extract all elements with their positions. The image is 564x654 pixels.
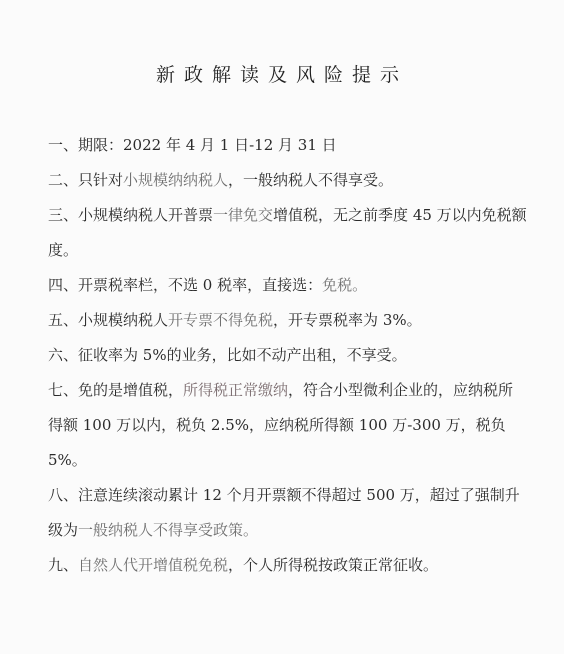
list-item: 一、期限：2022 年 4 月 1 日-12 月 31 日: [48, 128, 528, 163]
item-text-faded: 免税。: [322, 276, 367, 294]
list-item: 八、注意连续滚动累计 12 个月开票额不得超过 500 万，超过了强制升级为一般…: [48, 478, 528, 548]
item-number: 九、: [48, 556, 78, 574]
document-page: 新政解读及风险提示 一、期限：2022 年 4 月 1 日-12 月 31 日 …: [0, 0, 564, 654]
list-item: 九、自然人代开增值税免税，个人所得税按政策正常征收。: [48, 548, 528, 583]
item-number: 六、: [48, 346, 78, 364]
list-item: 二、只针对小规模纳纳税人，一般纳税人不得享受。: [48, 163, 528, 198]
document-title: 新政解读及风险提示: [0, 60, 564, 87]
item-text-faded: 一律免交: [213, 206, 273, 224]
item-text: 征收率为 5%的业务，比如不动产出租，不享受。: [78, 346, 407, 364]
item-number: 五、: [48, 311, 78, 329]
item-text: 期限：2022 年 4 月 1 日-12 月 31 日: [78, 136, 337, 154]
item-text: 只针对: [78, 171, 123, 189]
item-text: 小规模纳税人: [78, 311, 168, 329]
policy-item-list: 一、期限：2022 年 4 月 1 日-12 月 31 日 二、只针对小规模纳纳…: [48, 128, 528, 583]
item-text: 免的是增值税，: [78, 381, 183, 399]
item-text-faded: 小规模纳纳税人: [123, 171, 228, 189]
item-text: 小规模纳税人开普票: [78, 206, 213, 224]
item-text-faded: 自然人代开增值税免税: [78, 556, 228, 574]
item-number: 八、: [48, 486, 78, 504]
list-item: 四、开票税率栏，不选 0 税率，直接选：免税。: [48, 268, 528, 303]
item-number: 四、: [48, 276, 78, 294]
item-text: ，个人所得税按政策正常征收。: [228, 556, 438, 574]
item-number: 二、: [48, 171, 78, 189]
item-text-faded: 一般纳税人不得享受政策。: [78, 521, 258, 539]
list-item: 三、小规模纳税人开普票一律免交增值税，无之前季度 45 万以内免税额度。: [48, 198, 528, 268]
item-text: ，一般纳税人不得享受。: [228, 171, 393, 189]
list-item: 六、征收率为 5%的业务，比如不动产出租，不享受。: [48, 338, 528, 373]
item-number: 一、: [48, 136, 78, 154]
item-text: 开票税率栏，不选 0 税率，直接选：: [78, 276, 322, 294]
item-number: 七、: [48, 381, 78, 399]
item-text: ，开专票税率为 3%。: [273, 311, 422, 329]
list-item: 五、小规模纳税人开专票不得免税，开专票税率为 3%。: [48, 303, 528, 338]
item-number: 三、: [48, 206, 78, 224]
item-text-faded: 开专票不得免税: [168, 311, 273, 329]
list-item: 七、免的是增值税，所得税正常缴纳，符合小型微利企业的，应纳税所得额 100 万以…: [48, 373, 528, 478]
item-text-faded: 所得税正常缴纳: [183, 381, 288, 399]
